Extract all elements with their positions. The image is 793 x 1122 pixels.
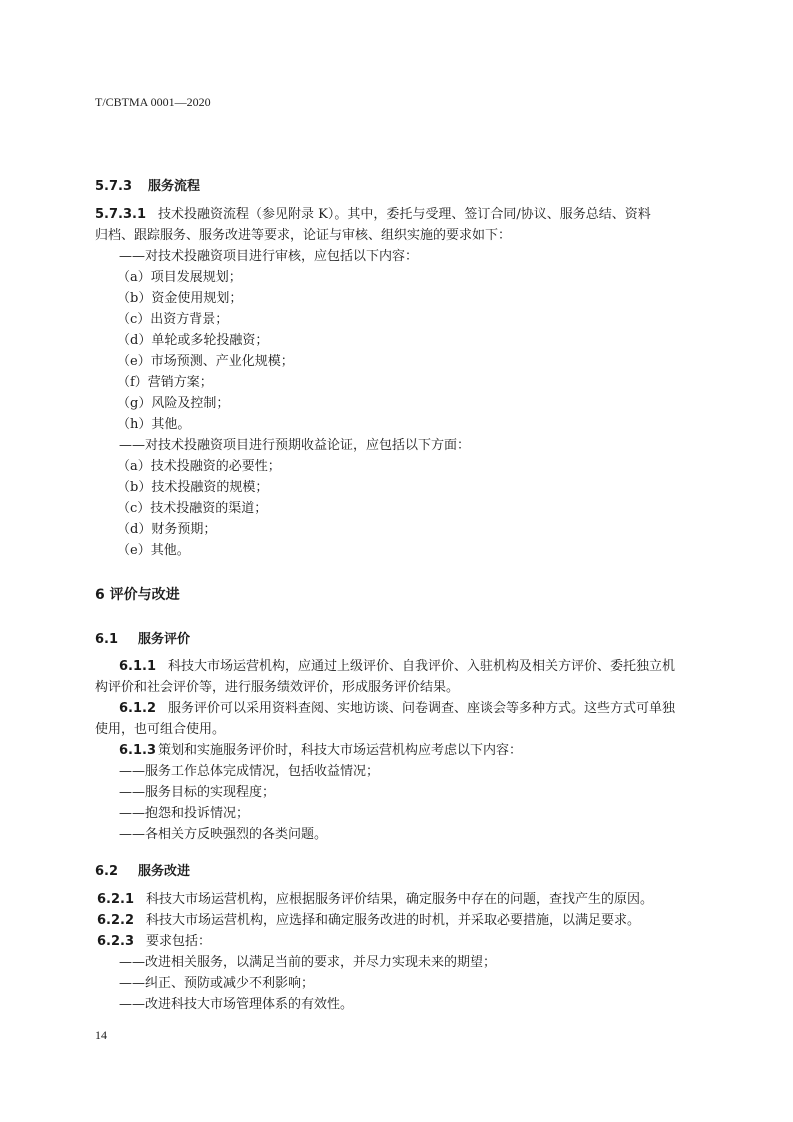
- paragraph-text: 服务评价可以采用资料查阅、实地访谈、问卷调查、座谈会等多种方式。这些方式可单独: [168, 701, 675, 716]
- list-item: （h）其他。: [117, 414, 651, 435]
- clause-number: 5.7.3.1: [95, 207, 146, 222]
- clause-number: 6.2.1: [97, 892, 134, 907]
- section-number: 6.1: [95, 632, 118, 647]
- paragraph-text: 科技大市场运营机构，应根据服务评价结果，确定服务中存在的问题，查找产生的原因。: [146, 892, 653, 907]
- dash-item: ——抱怨和投诉情况；: [119, 803, 675, 824]
- list-item: （e）市场预测、产业化规模；: [117, 351, 651, 372]
- section-heading-6-1: 6.1服务评价: [95, 628, 190, 647]
- list-item: （e）其他。: [117, 540, 651, 561]
- clause-number: 6.1.2: [119, 701, 156, 716]
- list-item: （d）单轮或多轮投融资；: [117, 330, 651, 351]
- section-heading-6-2: 6.2服务改进: [95, 860, 190, 879]
- paragraph-text: 科技大市场运营机构，应通过上级评价、自我评价、入驻机构及相关方评价、委托独立机: [168, 659, 675, 674]
- dash-item: ——各相关方反映强烈的各类问题。: [119, 824, 675, 845]
- page-number: 14: [95, 1028, 107, 1043]
- list-item: （g）风险及控制；: [117, 393, 651, 414]
- paragraph-text: 使用，也可组合使用。: [95, 719, 675, 740]
- clause-number: 6.1.1: [119, 659, 156, 674]
- section-number: 6.2: [95, 864, 118, 879]
- list-item: （f）营销方案；: [117, 372, 651, 393]
- clause-number: 6.2.3: [97, 934, 134, 949]
- list-item: （a）技术投融资的必要性；: [117, 456, 651, 477]
- evaluation-considerations-list: ——服务工作总体完成情况，包括收益情况； ——服务目标的实现程度； ——抱怨和投…: [95, 761, 675, 845]
- section-heading-5-7-3: 5.7.3服务流程: [95, 175, 200, 194]
- paragraph-text: 技术投融资流程（参见附录 K）。其中，委托与受理、签订合同/协议、服务总结、资料: [158, 207, 651, 222]
- dash-item: ——对技术投融资项目进行审核，应包括以下内容：: [95, 246, 651, 267]
- list-item: （c）技术投融资的渠道；: [117, 498, 651, 519]
- paragraph-5-7-3-1: 5.7.3.1技术投融资流程（参见附录 K）。其中，委托与受理、签订合同/协议、…: [95, 204, 651, 561]
- section-6-2-body: 6.2.1科技大市场运营机构，应根据服务评价结果，确定服务中存在的问题，查找产生…: [95, 889, 653, 1015]
- section-title: 服务改进: [138, 864, 190, 879]
- clause-number: 6.1.3: [119, 743, 156, 758]
- document-header-id: T/CBTMA 0001—2020: [95, 95, 211, 110]
- list-item: （b）资金使用规划；: [117, 288, 651, 309]
- list-item: （d）财务预期；: [117, 519, 651, 540]
- list-item: （c）出资方背景；: [117, 309, 651, 330]
- section-title: 服务评价: [138, 632, 190, 647]
- dash-item: ——服务工作总体完成情况，包括收益情况；: [119, 761, 675, 782]
- paragraph-text: 科技大市场运营机构，应选择和确定服务改进的时机，并采取必要措施，以满足要求。: [146, 913, 640, 928]
- list-item: （b）技术投融资的规模；: [117, 477, 651, 498]
- section-6-1-body: 6.1.1科技大市场运营机构，应通过上级评价、自我评价、入驻机构及相关方评价、委…: [95, 656, 675, 845]
- clause-number: 6.2.2: [97, 913, 134, 928]
- dash-item: ——纠正、预防或减少不利影响；: [119, 973, 653, 994]
- dash-item: ——改进科技大市场管理体系的有效性。: [119, 994, 653, 1015]
- return-analysis-list: （a）技术投融资的必要性； （b）技术投融资的规模； （c）技术投融资的渠道； …: [95, 456, 651, 561]
- paragraph-text: 要求包括：: [146, 934, 211, 949]
- dash-item: ——服务目标的实现程度；: [119, 782, 675, 803]
- improvement-requirements-list: ——改进相关服务，以满足当前的要求，并尽力实现未来的期望； ——纠正、预防或减少…: [95, 952, 653, 1015]
- list-item: （a）项目发展规划；: [117, 267, 651, 288]
- dash-item: ——改进相关服务，以满足当前的要求，并尽力实现未来的期望；: [119, 952, 653, 973]
- chapter-heading-6: 6 评价与改进: [95, 584, 180, 604]
- dash-item: ——对技术投融资项目进行预期收益论证，应包括以下方面：: [95, 435, 651, 456]
- paragraph-text: 归档、跟踪服务、服务改进等要求，论证与审核、组织实施的要求如下：: [95, 225, 651, 246]
- paragraph-text: 构评价和社会评价等，进行服务绩效评价，形成服务评价结果。: [95, 677, 675, 698]
- paragraph-text: 策划和实施服务评价时，科技大市场运营机构应考虑以下内容：: [158, 743, 522, 758]
- section-number: 5.7.3: [95, 179, 132, 194]
- section-title: 服务流程: [148, 179, 200, 194]
- review-content-list: （a）项目发展规划； （b）资金使用规划； （c）出资方背景； （d）单轮或多轮…: [95, 267, 651, 435]
